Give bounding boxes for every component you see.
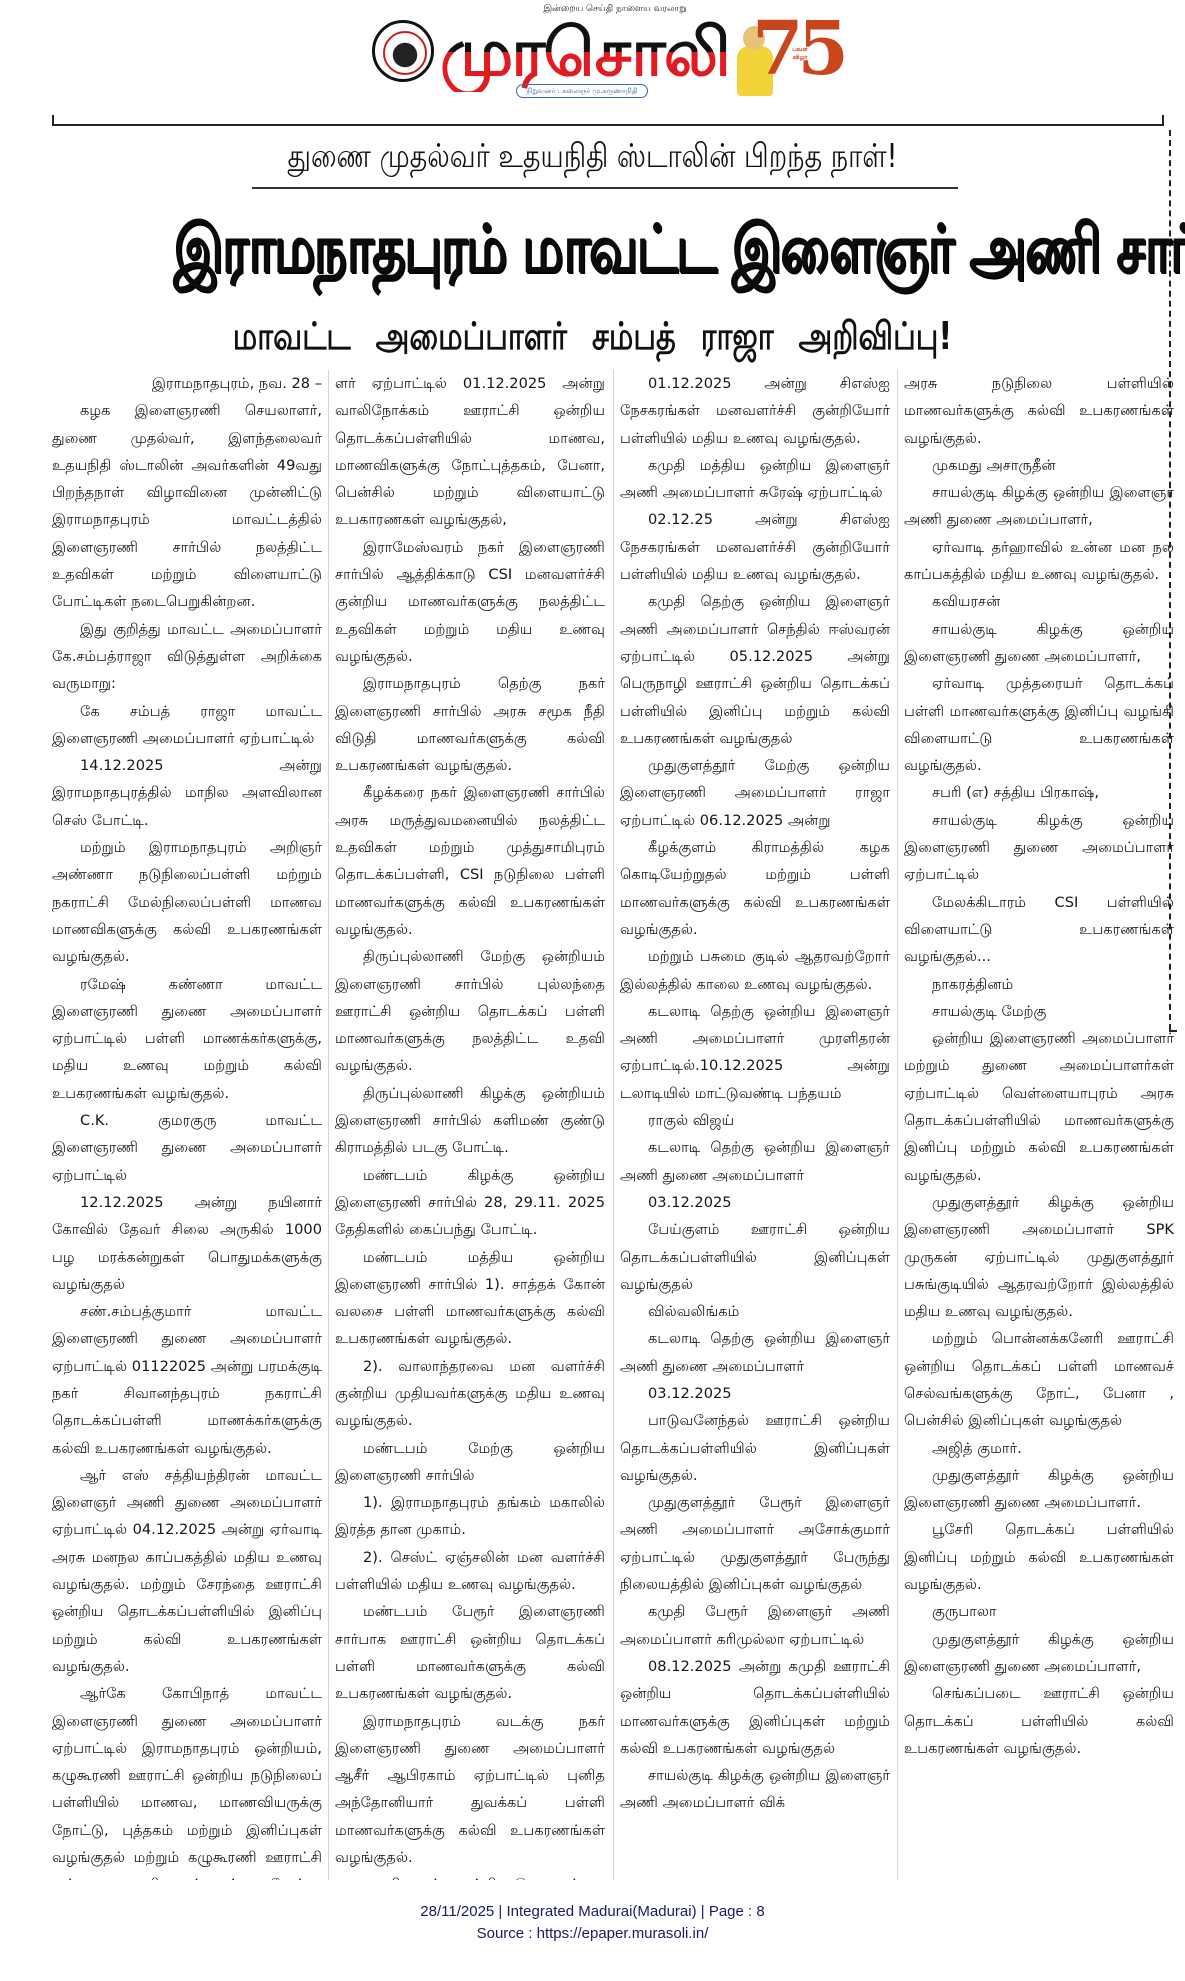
paragraph: C.K. குமரகுரு மாவட்ட இளைஞரணி துணை அமைப்ப… — [52, 1107, 322, 1189]
dateline: இராமநாதபுரம், நவ. 28 – — [52, 370, 322, 397]
paragraph: பேய்குளம் ஊராட்சி ஒன்றிய தொடக்கப்பள்ளியி… — [620, 1216, 890, 1298]
paragraph: முதுகுளத்தூர் கிழக்கு ஒன்றிய இளைஞரணி அமை… — [904, 1189, 1174, 1325]
paragraph: சாயல்குடி கிழக்கு ஒன்றிய இளைஞரணி துணை அம… — [904, 616, 1174, 671]
paragraph: கமுதி பேரூர் இளைஞர் அணி அமைப்பாளர் கரிமு… — [620, 1598, 890, 1653]
paragraph: மற்றும் பொன்னக்கனேரி ஊராட்சி ஒன்றிய தொடக… — [904, 1325, 1174, 1434]
paragraph: 03.12.2025 — [620, 1189, 890, 1216]
paragraph: ஆர் எஸ் சத்தியந்திரன் மாவட்ட இளைஞர் அணி … — [52, 1462, 322, 1680]
paragraph: கடலாடி தெற்கு ஒன்றிய இளைஞர் அணி அமைப்பாள… — [620, 998, 890, 1107]
paragraph: சாயல்குடி கிழக்கு ஒன்றிய இளைஞர் அணி அமைப… — [620, 1762, 890, 1817]
paragraph: குருபாலா — [904, 1598, 1174, 1625]
article-subhead: மாவட்ட அமைப்பாளர் சம்பத் ராஜா அறிவிப்பு! — [119, 310, 1067, 362]
paragraph: ராகுல் விஜய் — [620, 1107, 890, 1134]
paragraph: 01.12.2025 அன்று சிஎஸ்ஐ நேசகரங்கள் மனவளர… — [620, 370, 890, 452]
paragraph: பாடுவனேந்தல் ஊராட்சி ஒன்றிய தொடக்கப்பள்ள… — [620, 1407, 890, 1489]
paragraph: இராமேஸ்வரம் நகர் இளைஞரணி சார்பில் ஆத்திக… — [335, 534, 605, 670]
article-column-4: அரசு நடுநிலை பள்ளியில் மாணவர்களுக்கு கல்… — [904, 370, 1174, 1880]
column-gutter — [328, 370, 329, 1880]
paragraph: 2). வாலாந்தரவை மன வளர்ச்சி குன்றிய முதிய… — [335, 1353, 605, 1435]
top-divider — [52, 124, 1164, 126]
article-kicker: துணை முதல்வர் உதயநிதி ஸ்டாலின் பிறந்த நா… — [107, 135, 1079, 177]
paragraph: ஆர்கே கோபிநாத் மாவட்ட இளைஞரணி துணை அமைப்… — [52, 1680, 322, 1880]
article-column-1: இராமநாதபுரம், நவ. 28 – கழக இளைஞரணி செயலா… — [52, 370, 322, 1880]
paragraph: 12.12.2025 அன்று நயினார் கோவில் தேவர் சி… — [52, 1189, 322, 1298]
paragraph: இது குறித்து மாவட்ட அமைப்பாளர் கே.சம்பத்… — [52, 616, 322, 698]
paragraph: சாயல்குடி மேற்கு — [904, 998, 1174, 1025]
column-gutter — [613, 370, 614, 1880]
kicker-underline — [252, 187, 958, 189]
paragraph: இராமநாதபுரம் தெற்கு நகர் இளைஞரணி சார்பில… — [335, 670, 605, 779]
newspaper-logo: முரசொலி — [440, 12, 729, 92]
paragraph: கடலாடி தெற்கு ஒன்றிய இளைஞர் அணி துணை அமை… — [620, 1134, 890, 1189]
paragraph: 08.12.2025 அன்று கமுதி ஊராட்சி ஒன்றிய தொ… — [620, 1653, 890, 1762]
paragraph: திருப்புல்லாணி மேற்கு ஒன்றியம் இளைஞரணி ச… — [335, 943, 605, 1079]
paragraph: முதுகுளத்தூர் கிழக்கு ஒன்றிய இளைஞரணி துண… — [904, 1626, 1174, 1681]
paragraph: சாயல்குடி கிழக்கு ஒன்றிய இளைஞரணி துணை அம… — [904, 807, 1174, 889]
anniversary-badge: 75 பவள விழா — [752, 4, 843, 94]
anniversary-label: பவள விழா — [790, 46, 810, 62]
top-divider-left-tick — [52, 115, 54, 125]
paragraph: மண்டபம் மேற்கு ஒன்றிய இளைஞரணி சார்பில் — [335, 1435, 605, 1490]
epaper-footer: 28/11/2025 | Integrated Madurai(Madurai)… — [0, 1901, 1185, 1945]
paragraph: கமுதி மத்திய ஒன்றிய இளைஞர் அணி அமைப்பாளர… — [620, 452, 890, 507]
article-column-2: ளர் ஏற்பாட்டில் 01.12.2025 அன்று வாலிநோக… — [335, 370, 605, 1880]
paragraph: கீழக்கரை நகர் இளைஞரணி சார்பில் அரசு மருத… — [335, 779, 605, 943]
paragraph: 1). இராமநாதபுரம் தங்கம் மகாலில் இரத்த தா… — [335, 1489, 605, 1544]
bull-emblem-icon — [372, 20, 434, 82]
paragraph: இராமநாதபுரம் வடக்கு நகர் இளைஞரணி துணை அம… — [335, 1708, 605, 1872]
paragraph: செங்கப்படை ஊராட்சி ஒன்றிய தொடக்கப் பள்ளி… — [904, 1680, 1174, 1762]
paragraph: கே சம்பத் ராஜா மாவட்ட இளைஞரணி அமைப்பாளர்… — [52, 698, 322, 753]
top-divider-right-tick — [1162, 115, 1164, 125]
paragraph: நாகரத்தினம் — [904, 971, 1174, 998]
paragraph: ரமேஷ் கண்ணா மாவட்ட இளைஞரணி துணை அமைப்பாள… — [52, 971, 322, 1107]
paragraph: மற்றும் இராமநாதபுரம் அறிஞர் அண்ணா நடுநில… — [52, 834, 322, 970]
masthead: இன்றைய செய்தி நாளைய வரலாறு முரசொலி நிறுவ… — [0, 0, 1185, 112]
article-column-3: 01.12.2025 அன்று சிஎஸ்ஐ நேசகரங்கள் மனவளர… — [620, 370, 890, 1880]
paragraph: 03.12.2025 — [620, 1380, 890, 1407]
paragraph: ஏர்வாடி முத்தரையர் தொடக்கப் பள்ளி மாணவர்… — [904, 670, 1174, 779]
paragraph: முகமது அசாருதீன் — [904, 452, 1174, 479]
paragraph: முதுகுளத்தூர் மேற்கு ஒன்றிய இளைஞரணி அமைப… — [620, 752, 890, 834]
paragraph: 14.12.2025 அன்று இராமநாதபுரத்தில் மாநில … — [52, 752, 322, 834]
column-gutter — [897, 370, 898, 1880]
paragraph: ஏர்வாடி தர்ஹாவில் உன்ன மன நல காப்பகத்தில… — [904, 534, 1174, 589]
edition-info: 28/11/2025 | Integrated Madurai(Madurai)… — [0, 1901, 1185, 1923]
founder-caption: நிறுவனர் : கலைஞர் மு.கருணாநிதி — [516, 84, 648, 98]
paragraph: சாயல்குடி கிழக்கு ஒன்றிய இளைஞர் அணி துணை… — [904, 479, 1174, 534]
paragraph: மண்டபம் மத்திய ஒன்றிய இளைஞரணி சார்பில் 1… — [335, 1244, 605, 1353]
paragraph: மண்டபம் கிழக்கு ஒன்றிய இளைஞரணி சார்பில் … — [335, 1162, 605, 1244]
paragraph: முதுகுளத்தூர் பேரூர் இளைஞர் அணி அமைப்பாள… — [620, 1489, 890, 1598]
paragraph: கமுதி தெற்கு ஒன்றிய இளைஞர் அணி அமைப்பாளர… — [620, 588, 890, 752]
paragraph: 2). செஸ்ட் ஏஞ்சலின் மன வளர்ச்சி பள்ளியில… — [335, 1544, 605, 1599]
paragraph: கழக இளைஞரணி செயலாளர், துணை முதல்வர், இளந… — [52, 397, 322, 615]
paragraph: ஒன்றிய இளைஞரணி அமைப்பாளர் மற்றும் துணை அ… — [904, 1025, 1174, 1189]
paragraph: மற்றும் பசுமை குடில் ஆதரவற்றோர் இல்லத்தி… — [620, 943, 890, 998]
paragraph: மண்டபம் பேரூர் இளைஞரணி சார்பாக ஊராட்சி ஒ… — [335, 1598, 605, 1707]
paragraph: முதுகுளத்தூர் கிழக்கு ஒன்றிய இளைஞரணி துண… — [904, 1462, 1174, 1517]
article-body: இராமநாதபுரம், நவ. 28 – கழக இளைஞரணி செயலா… — [52, 370, 1164, 1880]
paragraph: கவியரசன் — [904, 588, 1174, 615]
paragraph: 02.12.25 அன்று சிஎஸ்ஐ நேசகரங்கள் மனவளர்ச… — [620, 506, 890, 588]
paragraph: ளர் ஏற்பாட்டில் 01.12.2025 அன்று வாலிநோக… — [335, 370, 605, 534]
paragraph: சண்.சம்பத்குமார் மாவட்ட இளைஞரணி துணை அமை… — [52, 1298, 322, 1462]
paragraph: அஜித் குமார். — [904, 1435, 1174, 1462]
paragraph: பூசேரி தொடக்கப் பள்ளியில் இனிப்பு மற்றும… — [904, 1516, 1174, 1598]
paragraph: மேலக்கிடாரம் CSI பள்ளியில் விளையாட்டு உப… — [904, 889, 1174, 971]
paragraph: சபரி (எ) சத்திய பிரகாஷ், — [904, 779, 1174, 806]
paragraph: வில்வலிங்கம் — [620, 1298, 890, 1325]
article-headline: இராமநாதபுரம் மாவட்ட இளைஞர் அணி சார்பில் … — [173, 194, 1047, 304]
source-link[interactable]: Source : https://epaper.murasoli.in/ — [0, 1923, 1185, 1945]
paragraph: கீழக்குளம் கிராமத்தில் கழக கொடியேற்றுதல்… — [620, 834, 890, 943]
paragraph: கடலாடி தெற்கு ஒன்றிய இளைஞர் அணி துணை அமை… — [620, 1325, 890, 1380]
paragraph: கமுதி வடக்கு ஒன்றிய இளைஞர் — [335, 1871, 605, 1880]
paragraph: திருப்புல்லாணி கிழக்கு ஒன்றியம் இளைஞரணி … — [335, 1080, 605, 1162]
paragraph: அரசு நடுநிலை பள்ளியில் மாணவர்களுக்கு கல்… — [904, 370, 1174, 452]
